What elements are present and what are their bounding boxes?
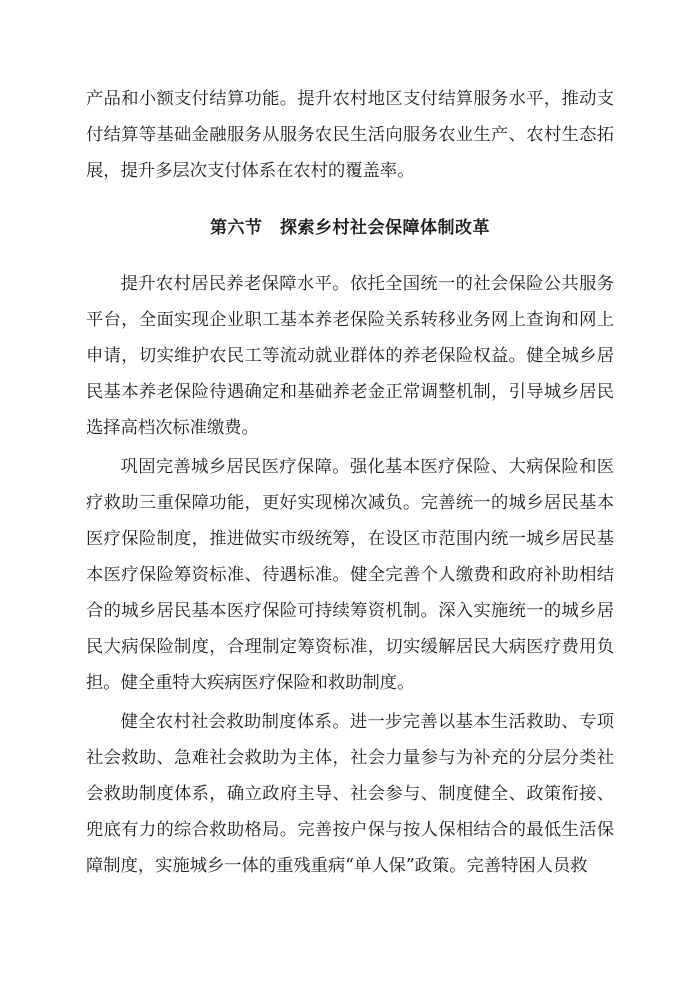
- paragraph-social-assistance: 健全农村社会救助制度体系。进一步完善以基本生活救助、专项社会救助、急难社会救助为…: [86, 704, 614, 884]
- paragraph-continuation: 产品和小额支付结算功能。提升农村地区支付结算服务水平，推动支付结算等基础金融服务…: [86, 81, 614, 189]
- paragraph-pension: 提升农村居民养老保障水平。依托全国统一的社会保险公共服务平台，全面实现企业职工基…: [86, 266, 614, 446]
- page-content: 产品和小额支付结算功能。提升农村地区支付结算服务水平，推动支付结算等基础金融服务…: [0, 0, 700, 884]
- section-title: 第六节 探索乡村社会保障体制改革: [86, 210, 614, 246]
- document-page: 产品和小额支付结算功能。提升农村地区支付结算服务水平，推动支付结算等基础金融服务…: [0, 0, 700, 990]
- paragraph-medical-insurance: 巩固完善城乡居民医疗保障。强化基本医疗保险、大病保险和医疗救助三重保障功能，更好…: [86, 449, 614, 701]
